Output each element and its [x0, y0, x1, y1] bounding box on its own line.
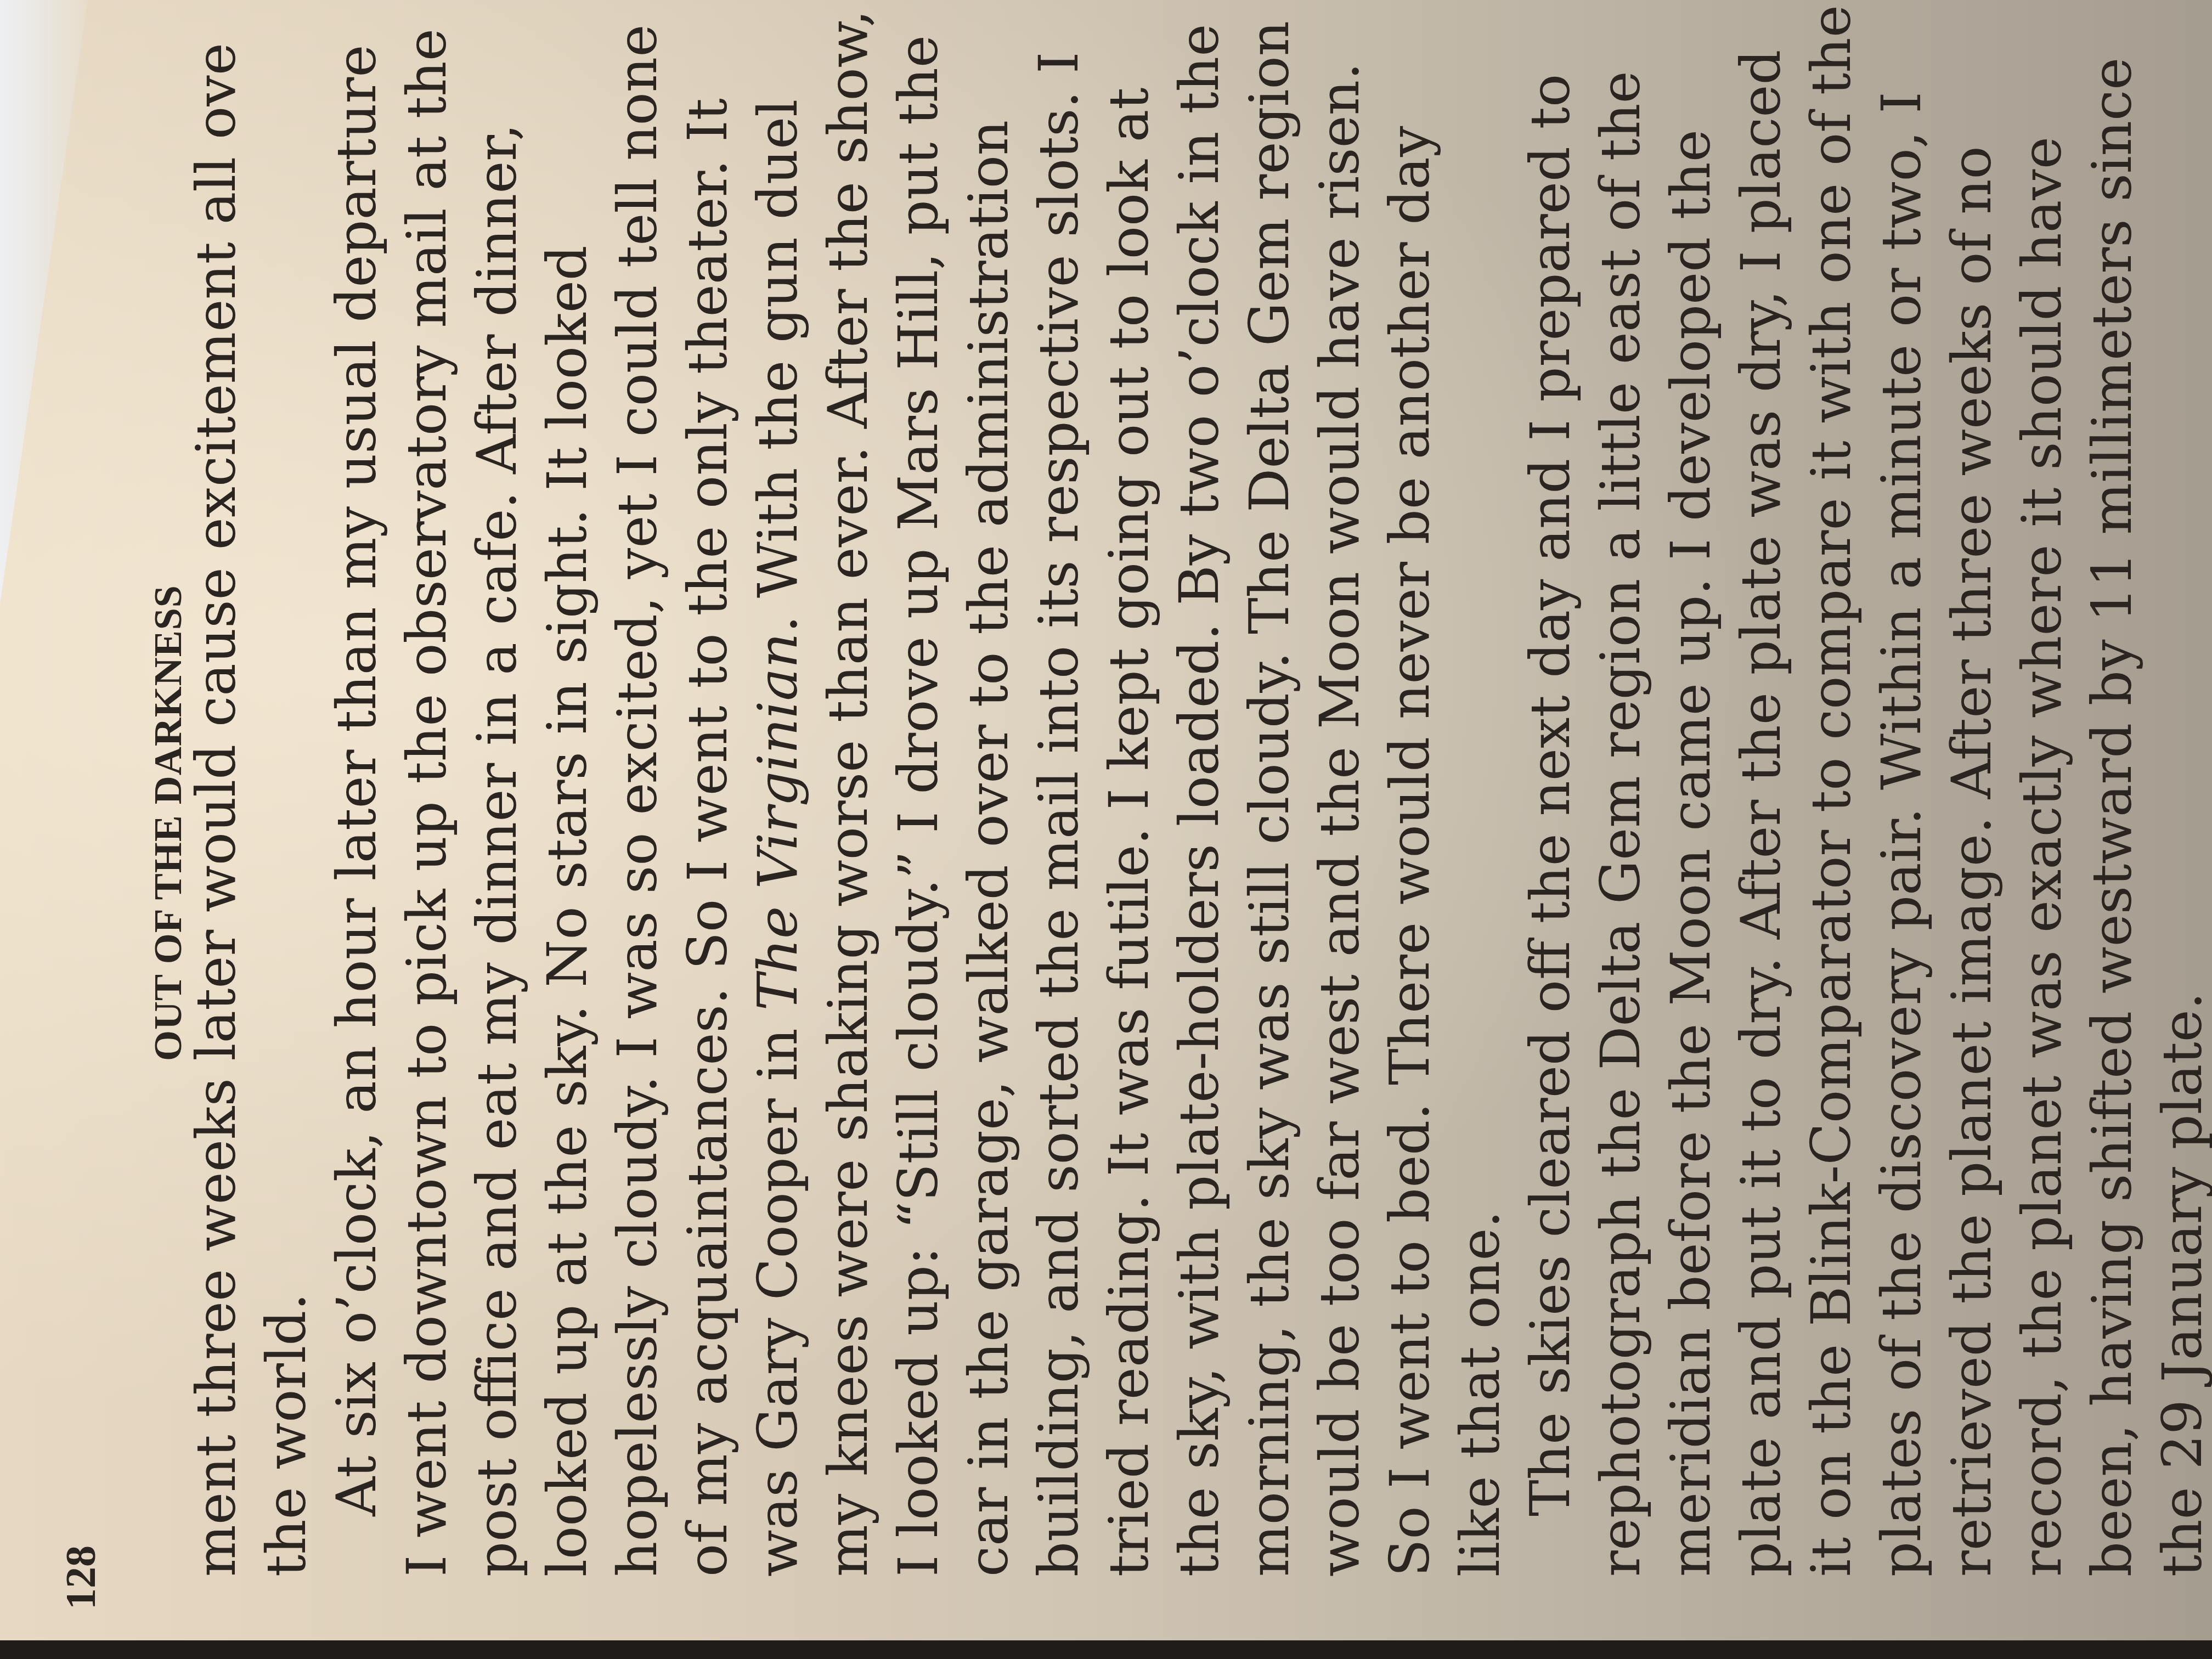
- text-line: plate and put it to dry. After the plate…: [1726, 0, 1796, 1577]
- text-line: post office and eat my dinner in a cafe.…: [462, 0, 532, 1577]
- text-line: meridian before the Moon came up. I deve…: [1656, 0, 1726, 1577]
- text-line: the sky, with plate-holders loaded. By t…: [1164, 0, 1234, 1577]
- text-line: So I went to bed. There would never be a…: [1375, 0, 1445, 1577]
- text-line: I looked up: “Still cloudy.” I drove up …: [883, 0, 953, 1577]
- text-line: morning, the sky was still cloudy. The D…: [1234, 0, 1305, 1577]
- text-line: it on the Blink-Comparator to compare it…: [1796, 0, 1866, 1577]
- running-head: 128 OUT OF THE DARKNESS: [44, 0, 110, 1610]
- text-line: plates of the discovery pair. Within a m…: [1866, 0, 1937, 1577]
- text-line: my knees were shaking worse than ever. A…: [813, 0, 883, 1577]
- text-line: would be too far west and the Moon would…: [1305, 0, 1375, 1577]
- text-line: building, and sorted the mail into its r…: [1024, 0, 1094, 1577]
- body-text: ment three weeks later would cause excit…: [181, 0, 2212, 1577]
- rotated-page-content: 128 OUT OF THE DARKNESS ment three weeks…: [0, 0, 2212, 1659]
- text-line: ment three weeks later would cause excit…: [181, 0, 251, 1577]
- page-number: 128: [56, 1545, 105, 1610]
- text-line: I went downtown to pick up the observato…: [392, 0, 462, 1577]
- text-line: was Gary Cooper in The Virginian. With t…: [743, 0, 813, 1577]
- text-line: car in the garage, walked over to the ad…: [953, 0, 1024, 1577]
- text-line: tried reading. It was futile. I kept goi…: [1094, 0, 1164, 1577]
- text-line: the 29 January plate.: [2147, 0, 2212, 1577]
- text-line: record, the planet was exactly where it …: [2007, 0, 2077, 1577]
- text-line: the world.: [251, 0, 321, 1577]
- text-line: been, having shifted westward by 11 mill…: [2077, 0, 2147, 1577]
- text-line: At six o’clock, an hour later than my us…: [321, 0, 392, 1577]
- text-line: rephotograph the Delta Gem region a litt…: [1585, 0, 1656, 1577]
- text-line: of my acquaintances. So I went to the on…: [673, 0, 743, 1577]
- book-page: 128 OUT OF THE DARKNESS ment three weeks…: [44, 0, 110, 1610]
- text-line: retrieved the planet image. After three …: [1937, 0, 2007, 1577]
- text-line: like that one.: [1445, 0, 1515, 1577]
- text-line: looked up at the sky. No stars in sight.…: [532, 0, 602, 1577]
- text-line: hopelessly cloudy. I was so excited, yet…: [602, 0, 673, 1577]
- text-line: The skies cleared off the next day and I…: [1515, 0, 1585, 1577]
